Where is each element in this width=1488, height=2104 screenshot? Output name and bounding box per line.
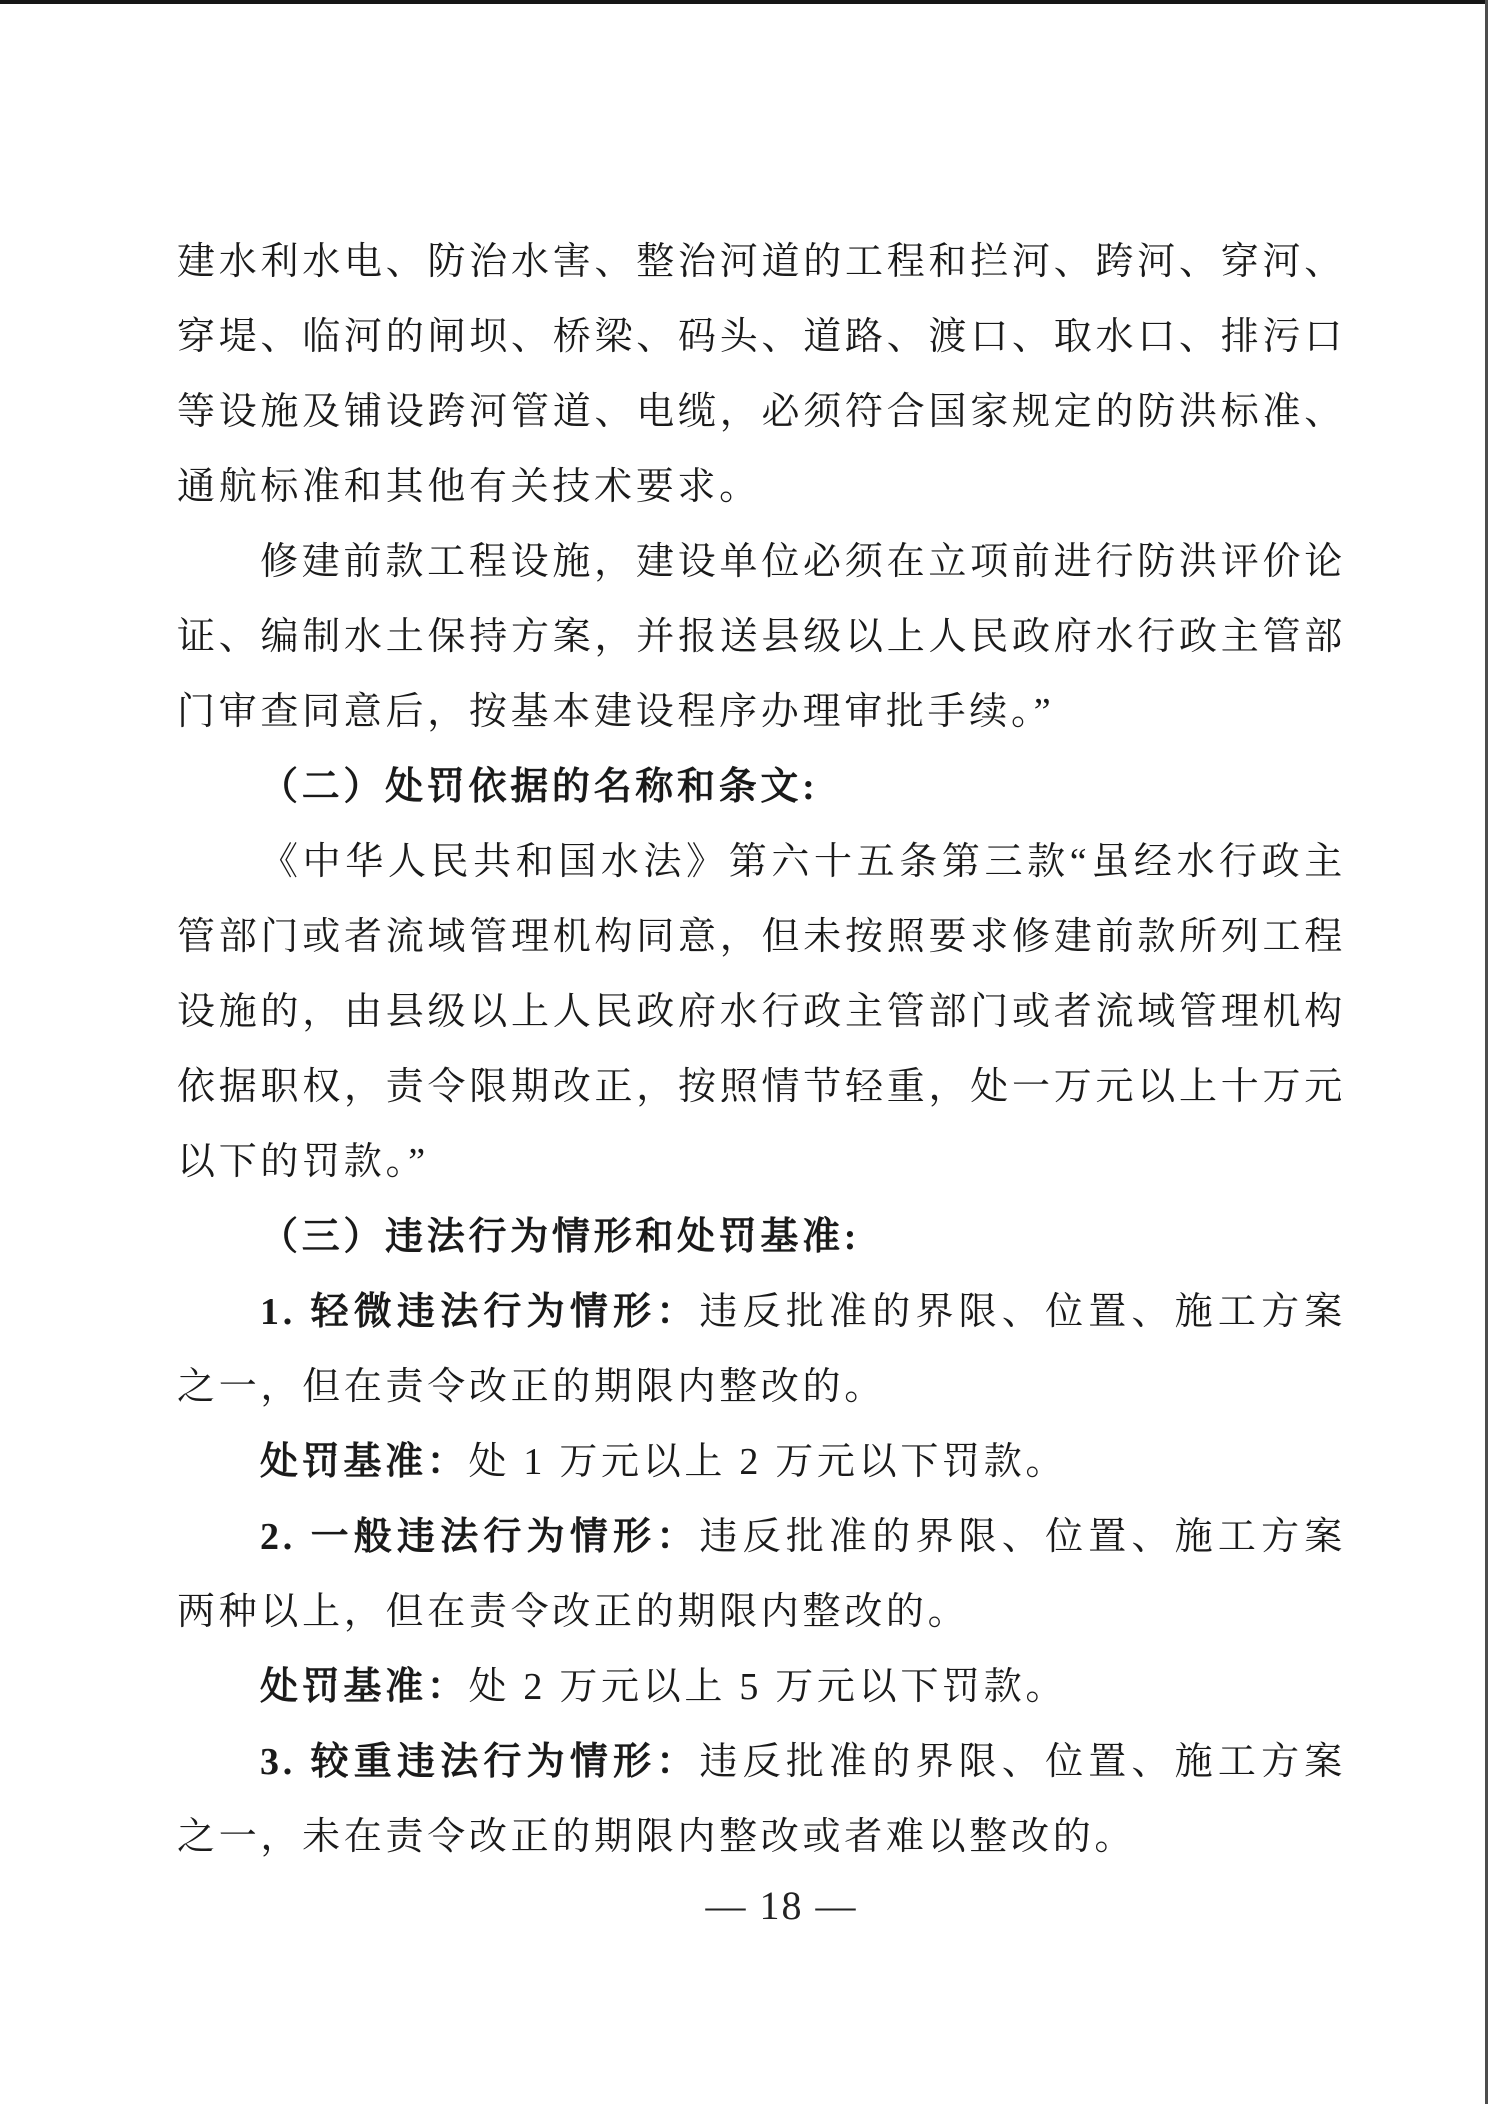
penalty-standard-general: 处罚基准：处 2 万元以上 5 万元以下罚款。 <box>177 1650 1346 1725</box>
page-number: — 18 — <box>706 1883 858 1928</box>
document-body: 建水利水电、防治水害、整治河道的工程和拦河、跨河、穿河、穿堤、临河的闸坝、桥梁、… <box>177 225 1346 1875</box>
penalty-lead-label: 处罚基准： <box>260 1441 469 1483</box>
heading-text: （二）处罚依据的名称和条文: <box>260 766 818 808</box>
paragraph-text: 建水利水电、防治水害、整治河道的工程和拦河、跨河、穿河、穿堤、临河的闸坝、桥梁、… <box>177 241 1346 508</box>
heading-text: （三）违法行为情形和处罚基准: <box>260 1216 860 1258</box>
paragraph-water-law-article-65: 《中华人民共和国水法》第六十五条第三款“虽经水行政主管部门或者流域管理机构同意，… <box>177 825 1346 1200</box>
paragraph-text: 《中华人民共和国水法》第六十五条第三款“虽经水行政主管部门或者流域管理机构同意，… <box>177 841 1346 1183</box>
heading-violation-and-penalty-standards: （三）违法行为情形和处罚基准: <box>177 1200 1346 1275</box>
item-lead-label: 2. 一般违法行为情形： <box>260 1516 699 1558</box>
item-minor-violation: 1. 轻微违法行为情形：违反批准的界限、位置、施工方案之一，但在责令改正的期限内… <box>177 1275 1346 1425</box>
item-general-violation: 2. 一般违法行为情形：违反批准的界限、位置、施工方案两种以上，但在责令改正的期… <box>177 1500 1346 1650</box>
penalty-text: 处 2 万元以上 5 万元以下罚款。 <box>469 1666 1068 1708</box>
penalty-lead-label: 处罚基准： <box>260 1666 469 1708</box>
item-lead-label: 1. 轻微违法行为情形： <box>260 1291 699 1333</box>
heading-penalty-basis: （二）处罚依据的名称和条文: <box>177 750 1346 825</box>
page-top-edge <box>0 0 1488 4</box>
item-lead-label: 3. 较重违法行为情形： <box>260 1741 699 1783</box>
penalty-text: 处 1 万元以上 2 万元以下罚款。 <box>469 1441 1068 1483</box>
paragraph-prior-approval: 修建前款工程设施，建设单位必须在立项前进行防洪评价论证、编制水土保持方案，并报送… <box>177 525 1346 750</box>
page-footer: — 18 — <box>177 1878 1346 1934</box>
item-serious-violation: 3. 较重违法行为情形：违反批准的界限、位置、施工方案之一，未在责令改正的期限内… <box>177 1725 1346 1875</box>
paragraph-text: 修建前款工程设施，建设单位必须在立项前进行防洪评价论证、编制水土保持方案，并报送… <box>177 541 1346 733</box>
paragraph-flood-standards: 建水利水电、防治水害、整治河道的工程和拦河、跨河、穿河、穿堤、临河的闸坝、桥梁、… <box>177 225 1346 525</box>
penalty-standard-minor: 处罚基准：处 1 万元以上 2 万元以下罚款。 <box>177 1425 1346 1500</box>
document-page: { "colors": { "ink": "#1a1a1a", "page_ba… <box>0 0 1488 2104</box>
